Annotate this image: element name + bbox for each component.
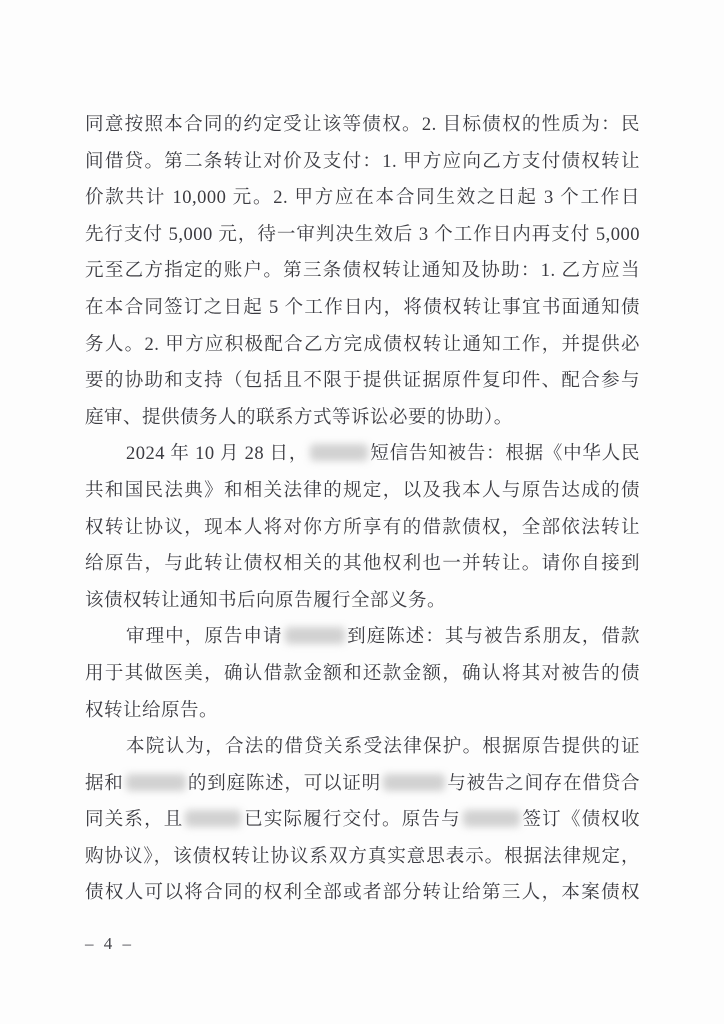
text-segment: 的到庭陈述，可以证明	[188, 774, 381, 794]
text-segment: 已实际履行交付。原告与	[243, 810, 460, 830]
text-segment: 同意按照本合同的约定受让该等债权。2. 目标债权的性质为：民	[85, 115, 640, 135]
redacted-text	[285, 627, 345, 644]
text-segment: 本院认为，合法的借贷关系受法律保护。根据原告提供的证	[126, 737, 640, 757]
text-segment: 据和	[85, 774, 124, 794]
text-segment: 该债权转让通知书后向原告履行全部义务。	[85, 591, 446, 611]
page-number: – 4 –	[85, 934, 134, 954]
text-segment: 购协议》，该债权转让协议系双方真实意思表示。根据法律规定，	[85, 847, 640, 867]
text-segment: 权转让给原告。	[85, 701, 218, 721]
text-segment: 要的协助和支持（包括且不限于提供证据原件复印件、配合参与	[85, 371, 640, 391]
paragraph: 2024 年 10 月 28 日，短信告知被告：根据《中华人民共和国民法典》和相…	[85, 436, 640, 619]
text-line: 要的协助和支持（包括且不限于提供证据原件复印件、配合参与	[85, 363, 640, 400]
text-segment: 2024 年 10 月 28 日，	[126, 444, 308, 464]
text-block: 同意按照本合同的约定受让该等债权。2. 目标债权的性质为：民间借贷。第二条转让对…	[85, 107, 640, 912]
text-line: 该债权转让通知书后向原告履行全部义务。	[85, 583, 640, 620]
text-segment: 间借贷。第二条转让对价及支付：1. 甲方应向乙方支付债权转让	[85, 152, 640, 172]
text-segment: 庭审、提供债务人的联系方式等诉讼必要的协助）。	[85, 408, 513, 428]
text-segment: 债权人可以将合同的权利全部或者部分转让给第三人，本案债权	[85, 883, 640, 903]
text-line: 2024 年 10 月 28 日，短信告知被告：根据《中华人民	[85, 436, 640, 473]
text-segment: 务人。2. 甲方应积极配合乙方完成债权转让通知工作，并提供必	[85, 335, 640, 355]
text-segment: 到庭陈述：其与被告系朋友，借款	[347, 627, 640, 647]
text-segment: 短信告知被告：根据《中华人民	[370, 444, 640, 464]
text-line: 务人。2. 甲方应积极配合乙方完成债权转让通知工作，并提供必	[85, 327, 640, 364]
document-page: 同意按照本合同的约定受让该等债权。2. 目标债权的性质为：民间借贷。第二条转让对…	[0, 0, 724, 1024]
text-line: 同关系，且已实际履行交付。原告与签订《债权收	[85, 802, 640, 839]
redacted-text	[310, 444, 368, 461]
redacted-text	[185, 810, 241, 827]
text-segment: 审理中，原告申请	[126, 627, 283, 647]
text-segment: 价款共计 10,000 元。2. 甲方应在本合同生效之日起 3 个工作日内，	[85, 188, 640, 217]
text-line: 审理中，原告申请到庭陈述：其与被告系朋友，借款	[85, 619, 640, 656]
text-line: 先行支付 5,000 元，待一审判决生效后 3 个工作日内再支付 5,000	[85, 217, 640, 254]
text-segment: 用于其做医美，确认借款金额和还款金额，确认将其对被告的债	[85, 664, 640, 684]
paragraph: 本院认为，合法的借贷关系受法律保护。根据原告提供的证据和的到庭陈述，可以证明与被…	[85, 729, 640, 912]
text-segment: 同关系，且	[85, 810, 183, 830]
text-segment: 元至乙方指定的账户。第三条债权转让通知及协助：1. 乙方应当	[85, 261, 640, 281]
text-segment: 与被告之间存在借贷合	[447, 774, 640, 794]
text-line: 元至乙方指定的账户。第三条债权转让通知及协助：1. 乙方应当	[85, 253, 640, 290]
text-segment: 共和国民法典》和相关法律的规定，以及我本人与原告达成的债	[85, 481, 640, 501]
text-line: 在本合同签订之日起 5 个工作日内，将债权转让事宜书面通知债	[85, 290, 640, 327]
text-segment: 先行支付 5,000 元，待一审判决生效后 3 个工作日内再支付 5,000	[85, 225, 640, 245]
text-line: 权转让协议，现本人将对你方所享有的借款债权，全部依法转让	[85, 510, 640, 547]
text-line: 价款共计 10,000 元。2. 甲方应在本合同生效之日起 3 个工作日内，	[85, 180, 640, 217]
text-line: 本院认为，合法的借贷关系受法律保护。根据原告提供的证	[85, 729, 640, 766]
text-line: 共和国民法典》和相关法律的规定，以及我本人与原告达成的债	[85, 473, 640, 510]
text-line: 购协议》，该债权转让协议系双方真实意思表示。根据法律规定，	[85, 839, 640, 876]
redacted-text	[383, 774, 445, 791]
paragraph: 审理中，原告申请到庭陈述：其与被告系朋友，借款用于其做医美，确认借款金额和还款金…	[85, 619, 640, 729]
text-segment: 在本合同签订之日起 5 个工作日内，将债权转让事宜书面通知债	[85, 298, 640, 318]
text-line: 据和的到庭陈述，可以证明与被告之间存在借贷合	[85, 766, 640, 803]
text-line: 同意按照本合同的约定受让该等债权。2. 目标债权的性质为：民	[85, 107, 640, 144]
text-segment: 权转让协议，现本人将对你方所享有的借款债权，全部依法转让	[85, 518, 640, 538]
text-line: 债权人可以将合同的权利全部或者部分转让给第三人，本案债权	[85, 875, 640, 912]
text-line: 间借贷。第二条转让对价及支付：1. 甲方应向乙方支付债权转让	[85, 144, 640, 181]
redacted-text	[126, 774, 186, 791]
text-line: 用于其做医美，确认借款金额和还款金额，确认将其对被告的债	[85, 656, 640, 693]
text-segment: 给原告，与此转让债权相关的其他权利也一并转让。请你自接到	[85, 554, 640, 574]
text-segment: 签订《债权收	[522, 810, 640, 830]
redacted-text	[463, 810, 520, 827]
text-line: 权转让给原告。	[85, 693, 640, 730]
paragraph: 同意按照本合同的约定受让该等债权。2. 目标债权的性质为：民间借贷。第二条转让对…	[85, 107, 640, 436]
text-line: 庭审、提供债务人的联系方式等诉讼必要的协助）。	[85, 400, 640, 437]
text-line: 给原告，与此转让债权相关的其他权利也一并转让。请你自接到	[85, 546, 640, 583]
